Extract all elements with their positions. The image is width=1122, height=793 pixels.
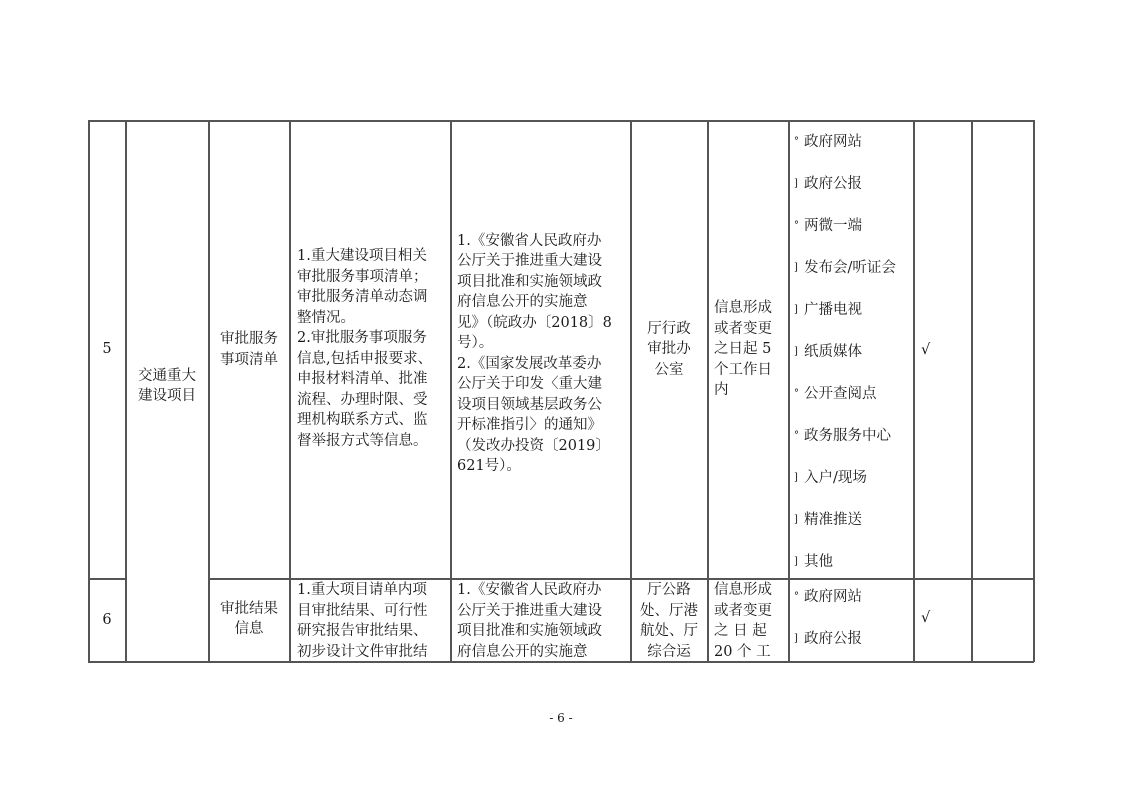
bullet-icon: ° [794,132,804,152]
channel-item: ]精准推送 [794,510,862,530]
subject-cell: 厅行政 审批办 公室 [631,121,707,578]
row-index: 5 [89,121,125,578]
channel-item: ]政府公报 [794,629,862,649]
col-divider [289,120,291,662]
row-index: 6 [89,579,125,661]
timeframe-cell: 信息形成 或者变更 之 日 起 20 个 工 [714,579,788,661]
channel-item: ]发布会/听证会 [794,258,896,278]
item-cell: 审批服务 事项清单 [209,121,289,578]
category-cell: 交通重大 建设项目 [126,121,208,661]
channel-item: ]入户/现场 [794,468,867,488]
col-divider [450,120,452,662]
timeframe-cell: 信息形成 或者变更 之日起 5 个工作日 内 [714,121,788,578]
channel-item: °公开查阅点 [794,384,877,404]
bullet-icon: ° [794,587,804,607]
channel-item: °两微一端 [794,216,862,236]
channel-item: ]纸质媒体 [794,342,862,362]
basis-cell: 1.《安徽省人民政府办 公厅关于推进重大建设 项目批准和实施领域政 府信息公开的… [457,579,630,661]
bullet-icon: ° [794,426,804,446]
page-number: - 6 - [0,711,1122,725]
col-divider [707,120,709,662]
document-page: 5 交通重大 建设项目 审批服务 事项清单 1.重大建设项目相关 审批服务事项清… [0,0,1122,793]
channel-item: °政务服务中心 [794,426,891,446]
channel-item: ]其他 [794,552,833,572]
col-divider [1033,120,1035,662]
col-divider [788,120,790,662]
channel-item: ]政府公报 [794,174,862,194]
bullet-icon: ] [794,174,804,194]
channel-item: °政府网站 [794,587,862,607]
extra-cell [972,121,1033,578]
bullet-icon: ] [794,258,804,278]
bullet-icon: ° [794,216,804,236]
bullet-icon: ] [794,468,804,488]
content-cell: 1.重大项目请单内项 目审批结果、可行性 研究报告审批结果、 初步设计文件审批结 [297,579,449,661]
check-mark: √ [921,608,961,628]
col-divider [913,120,915,662]
bullet-icon: ] [794,552,804,572]
channel-item: ]广播电视 [794,300,862,320]
bullet-icon: ] [794,300,804,320]
extra-cell [972,579,1033,661]
basis-cell: 1.《安徽省人民政府办 公厅关于推进重大建设 项目批准和实施领域政 府信息公开的… [457,121,630,578]
bullet-icon: ] [794,342,804,362]
channel-item: °政府网站 [794,132,862,152]
bullet-icon: ] [794,510,804,530]
bullet-icon: ] [794,629,804,649]
item-cell: 审批结果 信息 [209,579,289,661]
bullet-icon: ° [794,384,804,404]
content-cell: 1.重大建设项目相关 审批服务事项清单； 审批服务清单动态调 整情况。 2.审批… [297,121,449,578]
check-mark: √ [921,340,961,360]
subject-cell: 厅公路 处、厅港 航处、厅 综合运 [631,579,707,661]
